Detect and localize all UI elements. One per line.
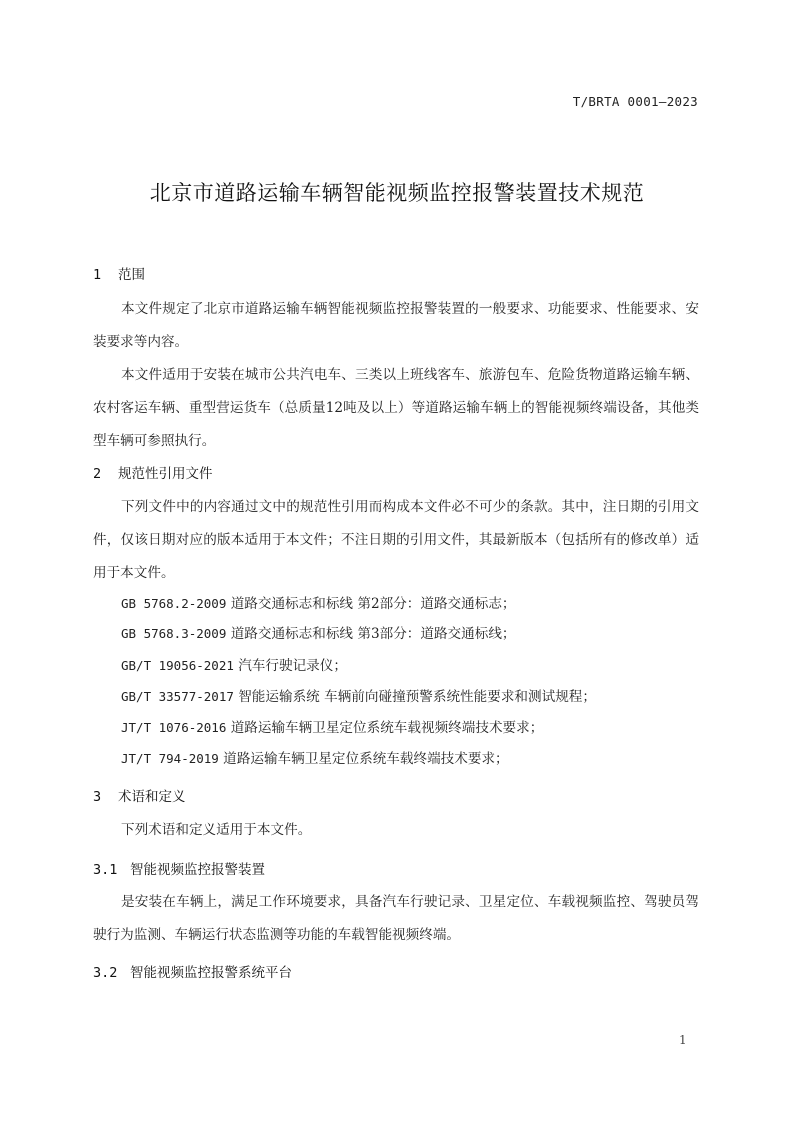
section-title: 术语和定义 [118,789,186,805]
section-3-intro: 下列术语和定义适用于本文件。 [93,814,699,847]
subsection-title: 智能视频监控报警装置 [130,862,265,878]
reference-title: 道路交通标志和标线 第3部分：道路交通标线； [231,626,516,642]
section-1-paragraph-2: 本文件适用于安装在城市公共汽电车、三类以上班线客车、旅游包车、危险货物道路运输车… [93,359,699,458]
page-number: 1 [679,1033,687,1047]
section-title: 规范性引用文件 [118,466,213,482]
reference-code: GB/T 33577-2017 [121,689,234,704]
reference-item: GB/T 33577-2017 智能运输系统 车辆前向碰撞预警系统性能要求和测试… [121,685,596,705]
subsection-title: 智能视频监控报警系统平台 [130,965,292,981]
reference-code: GB/T 19056-2021 [121,658,234,673]
section-3-heading: 3术语和定义 [93,785,186,805]
section-number: 3 [93,789,118,805]
reference-item: JT/T 794-2019 道路运输车辆卫星定位系统车载终端技术要求； [121,747,509,767]
section-1-paragraph-1: 本文件规定了北京市道路运输车辆智能视频监控报警装置的一般要求、功能要求、性能要求… [93,293,699,359]
reference-item: GB/T 19056-2021 汽车行驶记录仪； [121,654,347,674]
subsection-3-1-definition: 是安装在车辆上，满足工作环境要求，具备汽车行驶记录、卫星定位、车载视频监控、驾驶… [93,886,699,952]
subsection-3-1-heading: 3.1智能视频监控报警装置 [93,858,265,878]
reference-code: JT/T 794-2019 [121,751,219,766]
reference-title: 汽车行驶记录仪； [238,658,347,674]
subsection-number: 3.2 [93,965,130,981]
reference-item: JT/T 1076-2016 道路运输车辆卫星定位系统车载视频终端技术要求； [121,716,543,736]
section-2-heading: 2规范性引用文件 [93,462,213,482]
reference-code: JT/T 1076-2016 [121,720,226,735]
subsection-number: 3.1 [93,862,130,878]
subsection-3-2-heading: 3.2智能视频监控报警系统平台 [93,961,292,981]
reference-item: GB 5768.3-2009 道路交通标志和标线 第3部分：道路交通标线； [121,622,516,642]
section-2-intro: 下列文件中的内容通过文中的规范性引用而构成本文件必不可少的条款。其中，注日期的引… [93,491,699,590]
section-1-heading: 1范围 [93,263,145,283]
reference-title: 道路运输车辆卫星定位系统车载视频终端技术要求； [231,720,544,736]
document-title: 北京市道路运输车辆智能视频监控报警装置技术规范 [0,177,794,207]
document-code: T/BRTA 0001—2023 [573,94,698,109]
reference-title: 道路交通标志和标线 第2部分：道路交通标志； [231,596,516,612]
reference-item: GB 5768.2-2009 道路交通标志和标线 第2部分：道路交通标志； [121,592,516,612]
reference-title: 道路运输车辆卫星定位系统车载终端技术要求； [223,751,508,767]
section-number: 1 [93,267,118,283]
reference-code: GB 5768.3-2009 [121,626,226,641]
reference-code: GB 5768.2-2009 [121,596,226,611]
section-number: 2 [93,466,118,482]
reference-title: 智能运输系统 车辆前向碰撞预警系统性能要求和测试规程； [238,689,596,705]
section-title: 范围 [118,267,145,283]
